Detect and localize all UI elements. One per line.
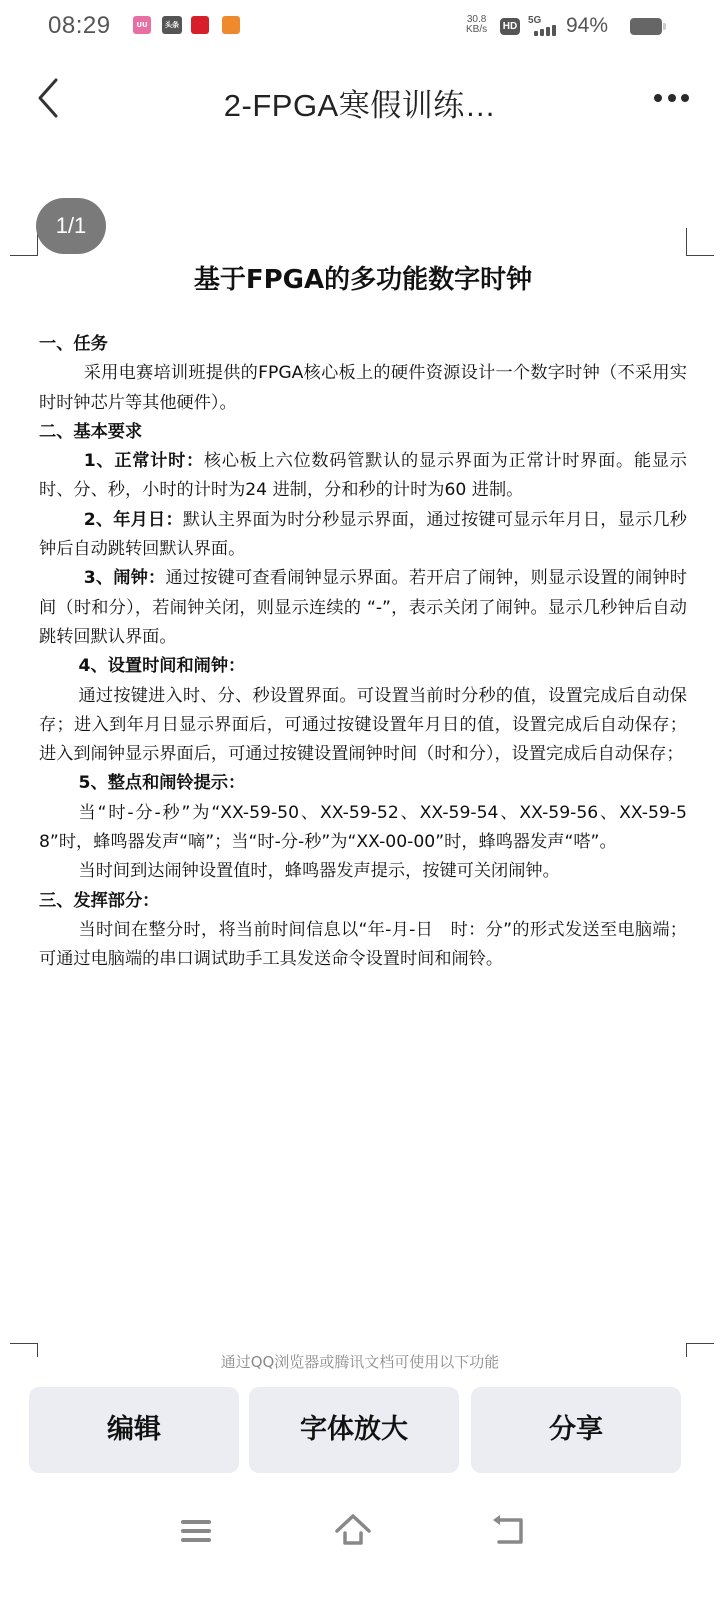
network-speed: 30.8 KB/s	[466, 15, 487, 35]
recent-apps-button[interactable]	[172, 1505, 222, 1555]
system-back-button[interactable]	[485, 1505, 535, 1555]
item-label-chime: 5、整点和闹铃提示：	[39, 769, 687, 798]
paragraph-alarm: 3、闹钟：通过按键可查看闹钟显示界面。若开启了闹钟，则显示设置的闹钟时间（时和分…	[39, 564, 687, 652]
battery-icon	[630, 18, 662, 35]
edit-button[interactable]: 编辑	[29, 1387, 239, 1473]
item-label: 2、年月日：	[84, 510, 183, 530]
hd-icon: HD	[500, 18, 520, 35]
more-options-button[interactable]	[648, 86, 696, 110]
back-button[interactable]	[30, 76, 70, 120]
paragraph-timekeeping: 1、正常计时：核心板上六位数码管默认的显示界面为正常计时界面。能显示时、分、秒，…	[39, 447, 687, 506]
paragraph-alarm-ring: 当时间到达闹钟设置值时，蜂鸣器发声提示，按键可关闭闹钟。	[39, 857, 687, 886]
paragraph-chime: 当“时-分-秒”为“XX-59-50、XX-59-52、XX-59-54、XX-…	[39, 799, 687, 858]
paragraph-extension: 当时间在整分时，将当前时间信息以“年-月-日 时：分”的形式发送至电脑端；可通过…	[39, 916, 687, 975]
action-buttons: 编辑 字体放大 分享	[29, 1387, 679, 1473]
page-corner-mark	[10, 228, 38, 256]
section-heading-extension: 三、发挥部分：	[39, 887, 687, 916]
enlarge-font-button[interactable]: 字体放大	[249, 1387, 459, 1473]
item-label: 1、正常计时：	[84, 451, 204, 471]
orange-app-notification-icon	[222, 16, 240, 34]
network-speed-unit: KB/s	[466, 25, 487, 35]
signal-icon: 5G	[528, 15, 560, 37]
item-label-set-time: 4、设置时间和闹钟：	[39, 652, 687, 681]
menu-icon	[172, 1505, 222, 1555]
app-notification-icon-pink: UU	[133, 16, 151, 34]
system-nav-bar	[0, 1495, 720, 1565]
feature-hint: 通过QQ浏览器或腾讯文档可使用以下功能	[0, 1351, 720, 1372]
page-indicator-badge: 1/1	[36, 198, 106, 254]
item-label: 3、闹钟：	[84, 568, 166, 588]
status-time: 08:29	[48, 12, 111, 40]
red-app-notification-icon	[191, 16, 209, 34]
title-bar: 2-FPGA寒假训练…	[0, 56, 720, 146]
section-heading-task: 一、任务	[39, 330, 687, 359]
paragraph-date: 2、年月日：默认主界面为时分秒显示界面，通过按键可显示年月日，显示几秒钟后自动跳…	[39, 506, 687, 565]
network-type-label: 5G	[528, 15, 541, 26]
share-button[interactable]: 分享	[471, 1387, 681, 1473]
doc-heading: 基于FPGA的多功能数字时钟	[39, 260, 687, 304]
battery-percent: 94%	[566, 14, 608, 38]
status-bar: 08:29 UU 头条 30.8 KB/s HD 5G 94%	[0, 0, 720, 56]
section-heading-basic: 二、基本要求	[39, 418, 687, 447]
home-button[interactable]	[330, 1505, 380, 1555]
document-title: 2-FPGA寒假训练…	[140, 80, 580, 125]
page-corner-mark	[686, 228, 714, 256]
paragraph-set-time: 通过按键进入时、分、秒设置界面。可设置当前时分秒的值，设置完成后自动保存；进入到…	[39, 682, 687, 770]
more-horizontal-icon	[654, 94, 662, 102]
document-page: 基于FPGA的多功能数字时钟 一、任务 采用电赛培训班提供的FPGA核心板上的硬…	[39, 260, 687, 975]
chevron-left-icon	[30, 76, 70, 120]
doc-body: 一、任务 采用电赛培训班提供的FPGA核心板上的硬件资源设计一个数字时钟（不采用…	[39, 330, 687, 975]
paragraph-task: 采用电赛培训班提供的FPGA核心板上的硬件资源设计一个数字时钟（不采用实时时钟芯…	[39, 359, 687, 418]
toutiao-notification-icon: 头条	[162, 16, 182, 34]
home-icon	[330, 1505, 380, 1555]
back-icon	[485, 1505, 535, 1555]
